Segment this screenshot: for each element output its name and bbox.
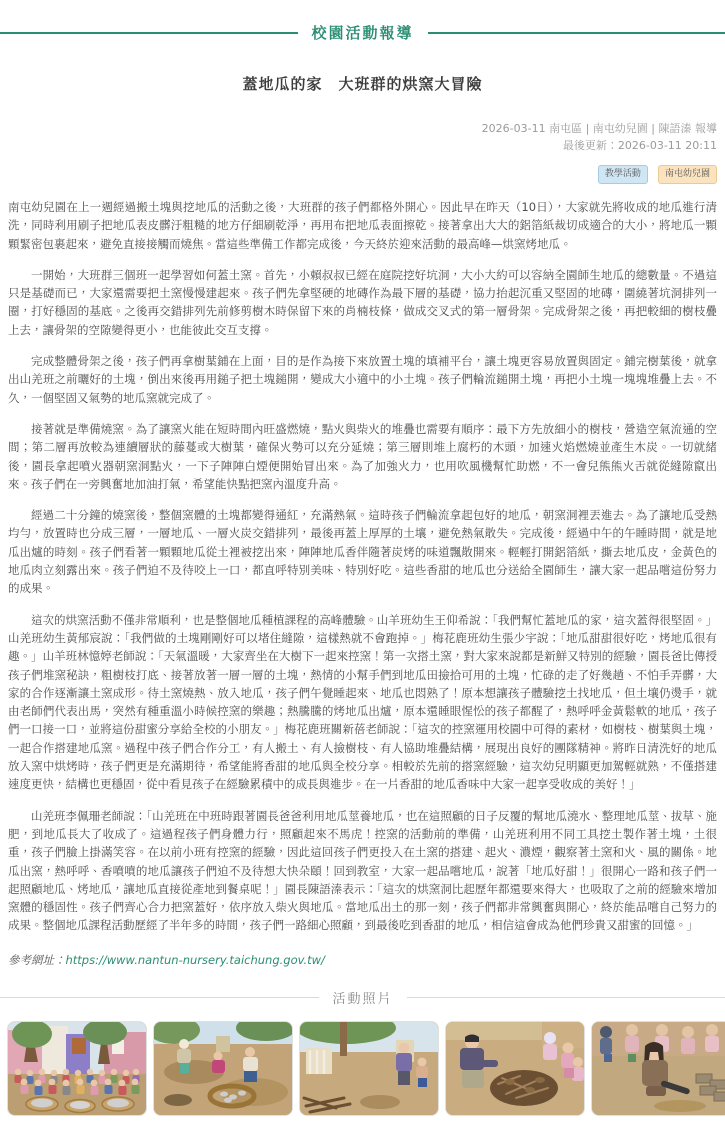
photo-3-illustration: [300, 1022, 438, 1115]
activity-photo-2[interactable]: [153, 1021, 293, 1116]
article-paragraph: 接著就是準備燒窯。為了讓窯火能在短時間內旺盛燃燒，點火與柴火的堆疊也需要有順序：…: [8, 420, 717, 493]
photos-section-header: 活動照片: [0, 988, 725, 1007]
reference-link[interactable]: https://www.nantun-nursery.taichung.gov.…: [66, 953, 325, 967]
page-title: 蓋地瓜的家 大班群的烘窯大冒險: [0, 73, 725, 94]
tag-row: 教學活動 南屯幼兒園: [0, 161, 725, 184]
photos-section-title: 活動照片: [319, 988, 407, 1007]
article-paragraph: 經過二十分鐘的燒窯後，整個窯體的土塊都變得通紅，充滿熱氣。這時孩子們輪流拿起包好…: [8, 506, 717, 597]
article-paragraph: 這次的烘窯活動不僅非常順利，也是整個地瓜種植課程的高峰體驗。山羊班幼生王仰希說：…: [8, 611, 717, 794]
tag-nantun-nursery[interactable]: 南屯幼兒園: [658, 165, 717, 184]
activity-photo-5[interactable]: [591, 1021, 725, 1116]
photos-divider-line-left: [0, 997, 319, 998]
photo-1-illustration: [8, 1022, 146, 1115]
meta-last-updated: 最後更新：2026-03-11 20:11: [0, 137, 717, 154]
meta-date-source: 2026-03-11 南屯區 | 南屯幼兒園 | 陳語溱 報導: [0, 120, 717, 137]
article-paragraph: 一開始，大班群三個班一起學習如何蓋土窯。首先，小賴叔叔已經在庭院挖好坑洞，大小大…: [8, 266, 717, 339]
photo-5-illustration: [592, 1022, 725, 1115]
photo-row: [0, 1007, 725, 1126]
section-header-title: 校園活動報導: [298, 22, 428, 43]
photo-2-illustration: [154, 1022, 292, 1115]
activity-photo-1[interactable]: [7, 1021, 147, 1116]
article-meta: 2026-03-11 南屯區 | 南屯幼兒園 | 陳語溱 報導 最後更新：202…: [0, 120, 725, 154]
activity-photo-3[interactable]: [299, 1021, 439, 1116]
reference-label: 參考網址：: [8, 953, 66, 967]
article-paragraph: 南屯幼兒園在上一週經過搬土塊與挖地瓜的活動之後，大班群的孩子們都格外開心。因此早…: [8, 198, 717, 253]
page: 校園活動報導 蓋地瓜的家 大班群的烘窯大冒險 2026-03-11 南屯區 | …: [0, 0, 725, 1126]
section-header: 校園活動報導: [0, 22, 725, 43]
article-paragraph: 完成整體骨架之後，孩子們再拿樹葉鋪在上面，目的是作為接下來放置土塊的填補平台，讓…: [8, 352, 717, 407]
divider-line-left: [0, 32, 298, 34]
photos-divider-line-right: [407, 997, 725, 998]
photo-4-illustration: [446, 1022, 584, 1115]
divider-line-right: [428, 32, 725, 34]
activity-photo-4[interactable]: [445, 1021, 585, 1116]
article-body: 南屯幼兒園在上一週經過搬土塊與挖地瓜的活動之後，大班群的孩子們都格外開心。因此早…: [0, 184, 725, 935]
tag-teaching-activity[interactable]: 教學活動: [598, 165, 648, 184]
article-paragraph: 山羌班李佩珊老師說：「山羌班在中班時跟著園長爸爸利用地瓜莖養地瓜，也在這照顧的日…: [8, 807, 717, 935]
